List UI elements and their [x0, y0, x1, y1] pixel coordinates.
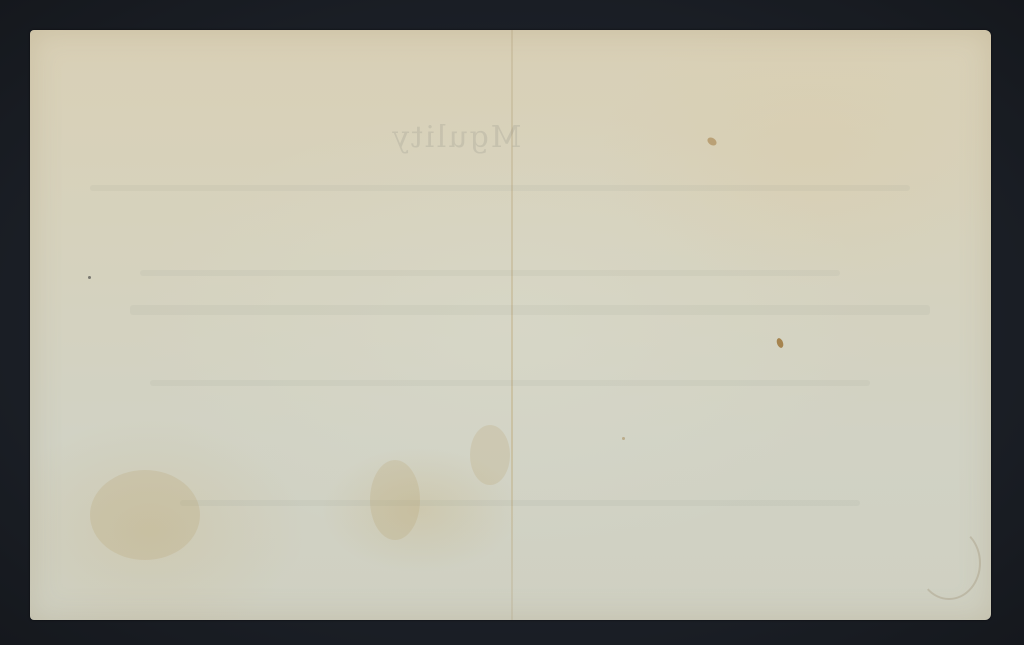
faint-line: [130, 305, 930, 315]
center-fold-crease: [511, 30, 513, 620]
show-through-text: Mgulity: [390, 120, 521, 155]
dirt-speck: [622, 437, 625, 440]
age-blot: [470, 425, 510, 485]
faint-line: [90, 185, 910, 191]
corner-curl-mark: [917, 526, 981, 600]
faint-line: [140, 270, 840, 276]
faint-line: [180, 500, 860, 506]
stain-spot: [706, 136, 718, 147]
stain-spot: [775, 337, 784, 348]
dirt-speck: [88, 276, 91, 279]
paper-note: Mgulity: [30, 30, 991, 620]
age-blot: [370, 460, 420, 540]
faint-line: [150, 380, 870, 386]
age-blot: [90, 470, 200, 560]
